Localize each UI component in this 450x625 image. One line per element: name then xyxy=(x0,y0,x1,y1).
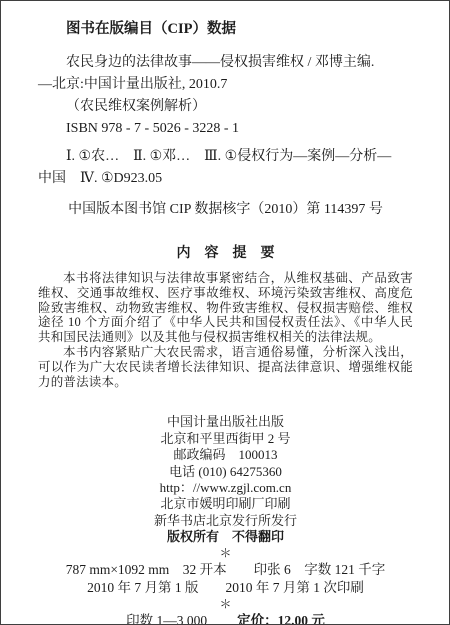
abstract-paragraph-1: 本书将法律知识与法律故事紧密结合，从维权基础、产品致害维权、交通事故维权、医疗事… xyxy=(38,271,413,345)
printer-line: 北京市媛明印刷厂印刷 xyxy=(38,496,413,512)
classification-line-1: Ⅰ. ①农… Ⅱ. ①邓… Ⅲ. ①侵权行为—案例—分析— xyxy=(66,146,413,168)
isbn-line: ISBN 978 - 7 - 5026 - 3228 - 1 xyxy=(66,118,413,140)
divider-asterisk: ＊ xyxy=(38,546,413,561)
phone-line: 电话 (010) 64275360 xyxy=(38,464,413,480)
edition-spec-line: 2010 年 7 月第 1 版 2010 年 7 月第 1 次印刷 xyxy=(38,579,413,597)
divider-asterisk: ＊ xyxy=(38,597,413,612)
abstract-paragraph-2: 本书内容紧贴广大农民需求，语言通俗易懂，分析深入浅出，可以作为广大农民读者增长法… xyxy=(38,345,413,389)
print-run: 印数 1—3 000 xyxy=(126,613,207,625)
publisher-city-line: —北京:中国计量出版社, 2010.7 xyxy=(38,74,413,96)
series-note-line: （农民维权案例解析） xyxy=(66,96,413,118)
print-run-price-line: 印数 1—3 000定价：12.00 元 xyxy=(38,612,413,625)
distributor-line: 新华书店北京发行所发行 xyxy=(38,513,413,529)
publisher-line: 中国计量出版社出版 xyxy=(38,414,413,430)
copyright-notice: 版权所有 不得翻印 xyxy=(38,529,413,545)
price: 定价：12.00 元 xyxy=(237,613,325,625)
format-spec-line: 787 mm×1092 mm 32 开本 印张 6 字数 121 千字 xyxy=(38,561,413,579)
book-title-line: 农民身边的法律故事——侵权损害维权 / 邓博主编. xyxy=(66,52,413,74)
copyright-page: 图书在版编目（CIP）数据 农民身边的法律故事——侵权损害维权 / 邓博主编. … xyxy=(0,0,450,625)
postcode-line: 邮政编码 100013 xyxy=(38,447,413,463)
abstract-heading: 内 容 提 要 xyxy=(38,242,413,262)
cip-heading: 图书在版编目（CIP）数据 xyxy=(66,17,413,38)
publisher-address: 北京和平里西街甲 2 号 xyxy=(38,431,413,447)
cip-registry-line: 中国版本图书馆 CIP 数据核字（2010）第 114397 号 xyxy=(38,199,413,221)
website-line: http：//www.zgjl.com.cn xyxy=(38,480,413,496)
classification-line-2: 中国 Ⅳ. ①D923.05 xyxy=(38,168,413,190)
imprint-block: 中国计量出版社出版 北京和平里西街甲 2 号 邮政编码 100013 电话 (0… xyxy=(38,414,413,625)
